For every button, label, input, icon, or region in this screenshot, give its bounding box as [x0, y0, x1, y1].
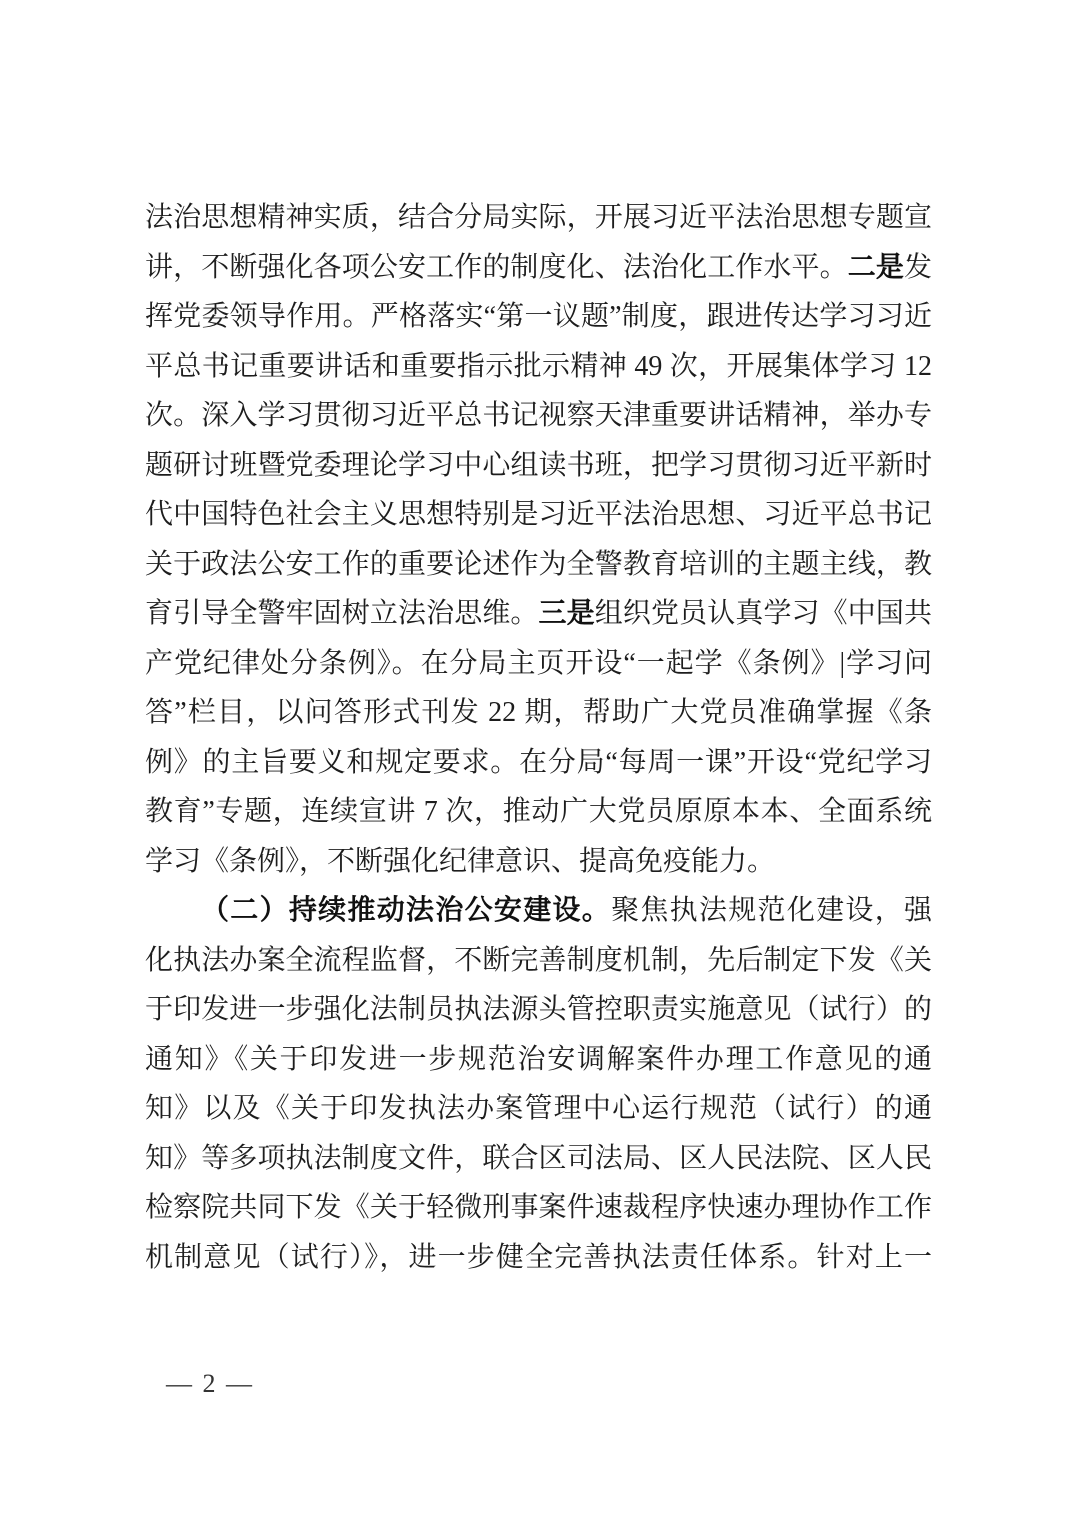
body-text: 育引导全警牢固树立法治思维。 — [145, 598, 539, 629]
text-line: （二）持续推动法治公安建设。聚焦执法规范化建设，强 — [145, 886, 932, 936]
text-line: 学习《条例》，不断强化纪律意识、提高免疫能力。 — [145, 837, 932, 887]
body-text: 知》以及《关于印发执法办案管理中心运行规范（试行）的通 — [145, 1093, 932, 1124]
text-line: 机制意见（试行）》，进一步健全完善执法责任体系。针对上一 — [145, 1233, 932, 1283]
text-line: 挥党委领导作用。严格落实“第一议题”制度，跟进传达学习习近 — [145, 292, 932, 342]
text-line: 平总书记重要讲话和重要指示批示精神 49 次，开展集体学习 12 — [145, 342, 932, 392]
body-text: 聚焦执法规范化建设，强 — [611, 895, 932, 926]
body-text: 于印发进一步强化法制员执法源头管控职责实施意见（试行）的 — [145, 994, 932, 1025]
text-line: 题研讨班暨党委理论学习中心组读书班，把学习贯彻习近平新时 — [145, 441, 932, 491]
page-number: — 2 — — [166, 1366, 254, 1402]
body-text: 挥党委领导作用。严格落实“第一议题”制度，跟进传达学习习近 — [145, 301, 932, 332]
body-text: 平总书记重要讲话和重要指示批示精神 49 次，开展集体学习 12 — [145, 351, 932, 382]
body-text: 产党纪律处分条例》。在分局主页开设“一起学《条例》|学习问 — [145, 648, 932, 679]
body-text: 例》的主旨要义和规定要求。在分局“每周一课”开设“党纪学习 — [145, 747, 932, 778]
text-line: 知》以及《关于印发执法办案管理中心运行规范（试行）的通 — [145, 1084, 932, 1134]
document-page: 法治思想精神实质，结合分局实际，开展习近平法治思想专题宣讲，不断强化各项公安工作… — [0, 0, 1069, 1515]
text-line: 例》的主旨要义和规定要求。在分局“每周一课”开设“党纪学习 — [145, 738, 932, 788]
text-line: 讲，不断强化各项公安工作的制度化、法治化工作水平。二是发 — [145, 243, 932, 293]
body-text: 讲，不断强化各项公安工作的制度化、法治化工作水平。 — [145, 252, 848, 283]
emphasis-text: 三是 — [539, 598, 595, 629]
body-text: 代中国特色社会主义思想特别是习近平法治思想、习近平总书记 — [145, 499, 932, 530]
emphasis-text: 二是 — [848, 252, 904, 283]
body-text: 组织党员认真学习《中国共 — [595, 598, 932, 629]
body-text: 次。深入学习贯彻习近平总书记视察天津重要讲话精神，举办专 — [145, 400, 932, 431]
text-line: 检察院共同下发《关于轻微刑事案件速裁程序快速办理协作工作 — [145, 1183, 932, 1233]
text-line: 教育”专题，连续宣讲 7 次，推动广大党员原原本本、全面系统 — [145, 787, 932, 837]
body-text: 题研讨班暨党委理论学习中心组读书班，把学习贯彻习近平新时 — [145, 450, 932, 481]
text-line: 产党纪律处分条例》。在分局主页开设“一起学《条例》|学习问 — [145, 639, 932, 689]
body-text: 关于政法公安工作的重要论述作为全警教育培训的主题主线，教 — [145, 549, 932, 580]
body-text: 发 — [904, 252, 932, 283]
body-text: 通知》《关于印发进一步规范治安调解案件办理工作意见的通 — [145, 1044, 932, 1075]
text-line: 化执法办案全流程监督，不断完善制度机制，先后制定下发《关 — [145, 936, 932, 986]
body-text: 教育”专题，连续宣讲 7 次，推动广大党员原原本本、全面系统 — [145, 796, 932, 827]
body-text: 答”栏目，以问答形式刊发 22 期，帮助广大党员准确掌握《条 — [145, 697, 932, 728]
text-line: 知》等多项执法制度文件，联合区司法局、区人民法院、区人民 — [145, 1134, 932, 1184]
text-line: 育引导全警牢固树立法治思维。三是组织党员认真学习《中国共 — [145, 589, 932, 639]
body-text: 机制意见（试行）》，进一步健全完善执法责任体系。针对上一 — [145, 1242, 932, 1273]
text-line: 于印发进一步强化法制员执法源头管控职责实施意见（试行）的 — [145, 985, 932, 1035]
text-line: 通知》《关于印发进一步规范治安调解案件办理工作意见的通 — [145, 1035, 932, 1085]
text-line: 法治思想精神实质，结合分局实际，开展习近平法治思想专题宣 — [145, 193, 932, 243]
body-text: 法治思想精神实质，结合分局实际，开展习近平法治思想专题宣 — [145, 202, 932, 233]
text-line: 次。深入学习贯彻习近平总书记视察天津重要讲话精神，举办专 — [145, 391, 932, 441]
text-block: 法治思想精神实质，结合分局实际，开展习近平法治思想专题宣讲，不断强化各项公安工作… — [145, 193, 932, 1282]
body-text: 检察院共同下发《关于轻微刑事案件速裁程序快速办理协作工作 — [145, 1192, 932, 1223]
body-text: 化执法办案全流程监督，不断完善制度机制，先后制定下发《关 — [145, 945, 932, 976]
text-line: 代中国特色社会主义思想特别是习近平法治思想、习近平总书记 — [145, 490, 932, 540]
body-text: 学习《条例》，不断强化纪律意识、提高免疫能力。 — [145, 846, 775, 877]
text-line: 答”栏目，以问答形式刊发 22 期，帮助广大党员准确掌握《条 — [145, 688, 932, 738]
body-text: 知》等多项执法制度文件，联合区司法局、区人民法院、区人民 — [145, 1143, 932, 1174]
text-line: 关于政法公安工作的重要论述作为全警教育培训的主题主线，教 — [145, 540, 932, 590]
emphasis-text: （二）持续推动法治公安建设。 — [201, 895, 611, 926]
